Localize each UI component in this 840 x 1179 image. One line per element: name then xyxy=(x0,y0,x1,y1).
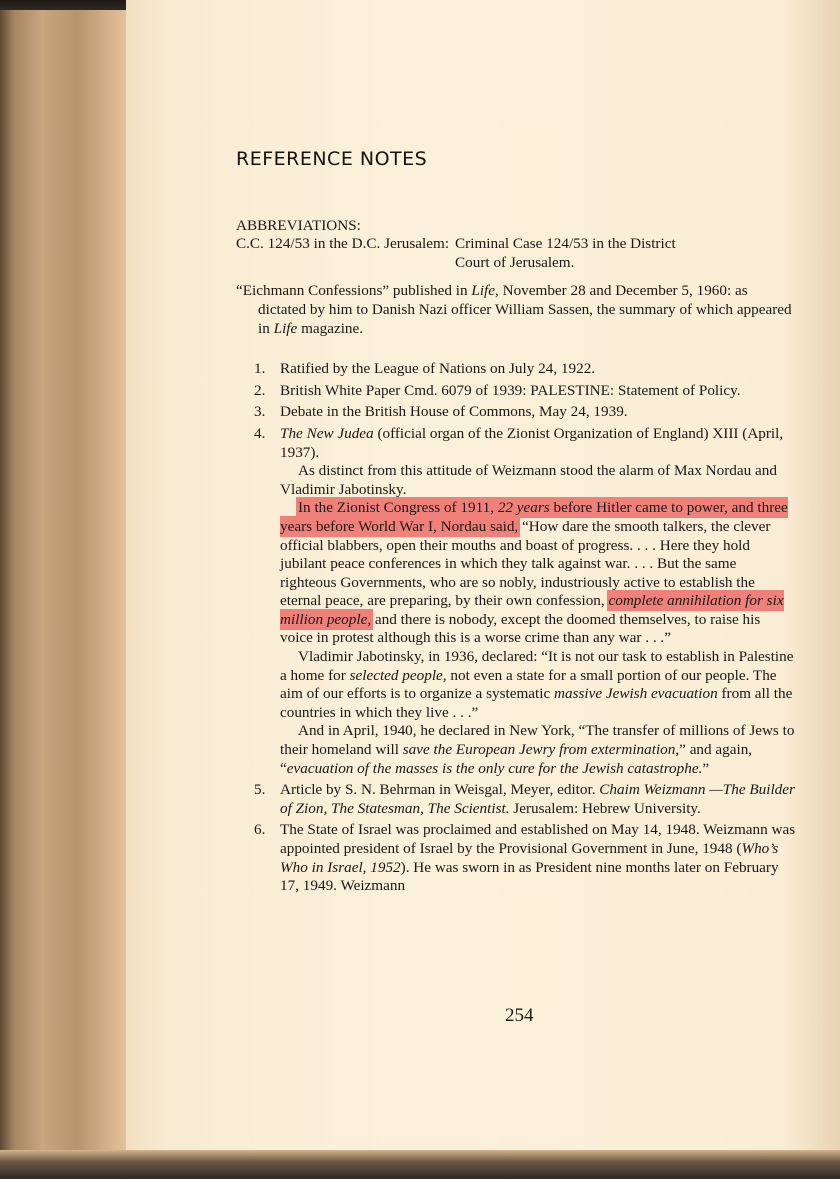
note-2: 2. British White Paper Cmd. 6079 of 1939… xyxy=(254,382,796,401)
note-6: 6. The State of Israel was proclaimed an… xyxy=(254,821,796,895)
page-title: REFERENCE NOTES xyxy=(236,150,796,169)
jabotinsky-1936-paragraph: Vladimir Jabotinsky, in 1936, declared: … xyxy=(280,648,796,722)
abbreviation-entry: C.C. 124/53 in the D.C. Jerusalem: Crimi… xyxy=(236,235,796,272)
abbreviation-term: C.C. 124/53 in the D.C. Jerusalem: xyxy=(236,235,455,272)
book-page-edges xyxy=(0,10,140,1160)
note-4: 4. The New Judea (official organ of the … xyxy=(254,425,796,778)
jabotinsky-1940-paragraph: And in April, 1940, he declared in New Y… xyxy=(280,722,796,778)
abbreviation-definition: Criminal Case 124/53 in the District Cou… xyxy=(455,235,796,272)
bottom-edge xyxy=(0,1150,840,1179)
page-content: REFERENCE NOTES ABBREVIATIONS: C.C. 124/… xyxy=(236,150,796,899)
eichmann-confessions-entry: “Eichmann Confessions” published in Life… xyxy=(236,282,796,338)
page-number: 254 xyxy=(505,1005,534,1027)
note-5: 5. Article by S. N. Behrman in Weisgal, … xyxy=(254,781,796,818)
note-1: 1. Ratified by the League of Nations on … xyxy=(254,360,796,379)
notes-list: 1. Ratified by the League of Nations on … xyxy=(236,360,796,896)
abbreviations-heading: ABBREVIATIONS: xyxy=(236,217,796,236)
note-3: 3. Debate in the British House of Common… xyxy=(254,403,796,422)
nordau-quote-paragraph: In the Zionist Congress of 1911, 22 year… xyxy=(280,499,796,648)
